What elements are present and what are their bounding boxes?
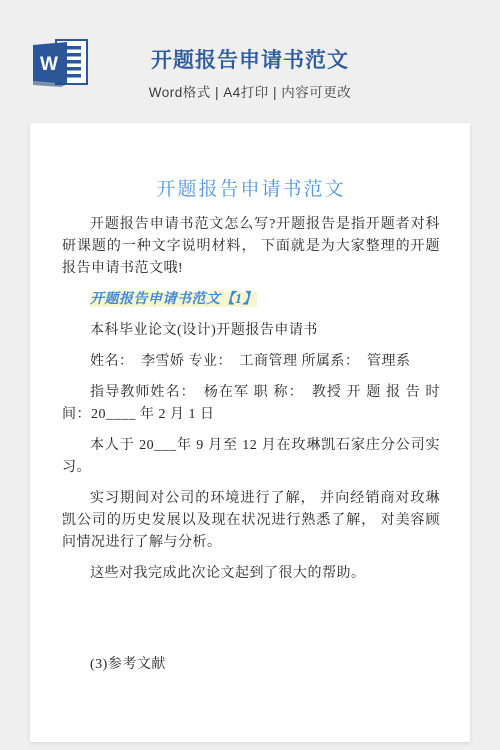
- word-w-panel-icon: W: [33, 42, 67, 87]
- preview-screenshot: { "header": { "title": "开题报告申请书范文", "sub…: [0, 0, 500, 750]
- document-title: 开题报告申请书范文: [62, 174, 440, 201]
- word-file-icon: W: [33, 39, 89, 87]
- word-icon-letter: W: [40, 54, 58, 75]
- paragraph: 这些对我完成此次论文起到了很大的帮助。: [62, 563, 440, 585]
- document-body: 开题报告申请书范文怎么写?开题报告是指开题者对科研课题的一种文字说明材料， 下面…: [62, 214, 440, 676]
- paragraph: 本人于 20___年 9 月至 12 月在玫琳凯石家庄分公司实习。: [62, 435, 440, 479]
- document-page: 开题报告申请书范文 开题报告申请书范文怎么写?开题报告是指开题者对科研课题的一种…: [30, 123, 470, 742]
- paragraph: (3)参考文献: [62, 654, 440, 676]
- paragraph: 指导教师姓名： 杨在军 职 称： 教授 开 题 报 告 时 间：20____ 年…: [62, 382, 440, 426]
- paragraph: 本科毕业论文(设计)开题报告申请书: [62, 320, 440, 342]
- paragraph: 开题报告申请书范文【1】: [62, 289, 440, 311]
- paragraph: 实习期间对公司的环境进行了解， 并向经销商对玫琳凯公司的历史发展以及现在状况进行…: [62, 488, 440, 554]
- preview-header: W 开题报告申请书范文 Word格式 | A4打印 | 内容可更改: [0, 0, 500, 123]
- highlighted-text: 开题报告申请书范文【1】: [90, 292, 257, 307]
- paragraph: 开题报告申请书范文怎么写?开题报告是指开题者对科研课题的一种文字说明材料， 下面…: [62, 214, 440, 280]
- paragraph: 姓名： 李雪娇 专业： 工商管理 所属系： 管理系: [62, 351, 440, 373]
